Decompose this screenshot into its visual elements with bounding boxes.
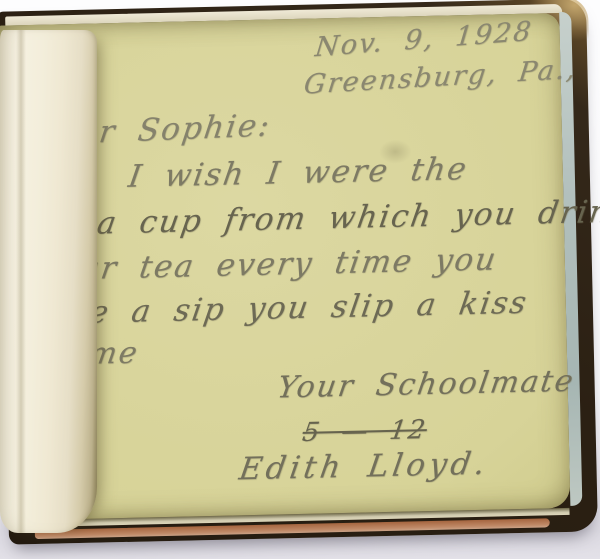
verse-line-3: your tea every time you <box>36 241 500 288</box>
photo-background: Nov. 9, 1928 Greensburg, Pa., Dear Sophi… <box>0 0 600 559</box>
closing-line: Your Schoolmate <box>275 364 577 406</box>
date-line: Nov. 9, 1928 <box>314 16 535 63</box>
verse-line-1: I wish I were the <box>126 151 470 195</box>
turned-pages-left <box>0 30 97 533</box>
signature-line: Edith Lloyd. <box>237 446 492 488</box>
verse-line-2: China cup from which you drink <box>13 193 600 243</box>
page-crease <box>16 30 26 533</box>
crossed-out-line: 5 — 12 <box>300 415 429 448</box>
verse-line-4: take a sip you slip a kiss <box>31 285 530 332</box>
